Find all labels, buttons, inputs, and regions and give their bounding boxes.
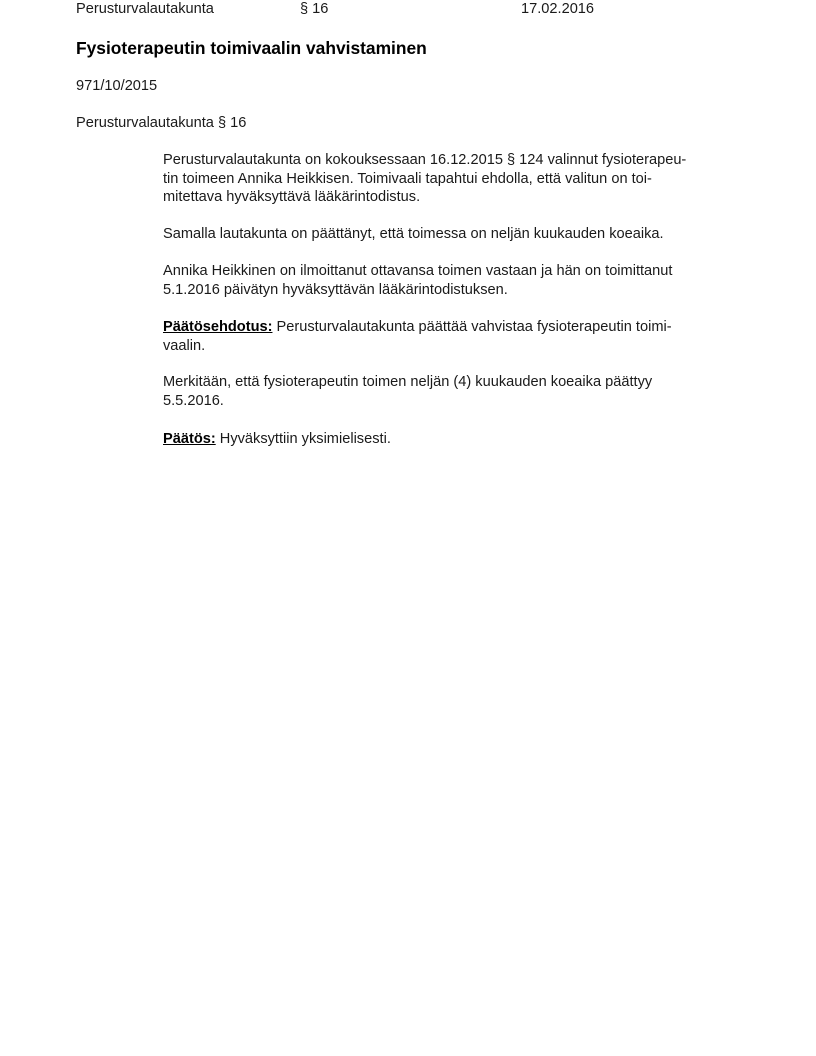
paragraph-1: Perusturvalautakunta on kokouksessaan 16… xyxy=(163,151,748,207)
proposal-text: Perusturvalautakunta päättää vahvistaa f… xyxy=(272,319,671,335)
paragraph-line: Annika Heikkinen on ilmoittanut ottavans… xyxy=(163,262,748,281)
page-title: Fysioterapeutin toimivaalin vahvistamine… xyxy=(76,38,427,58)
committee-section: Perusturvalautakunta § 16 xyxy=(76,114,246,132)
decision-text: Hyväksyttiin yksimielisesti. xyxy=(216,431,391,447)
header-date: 17.02.2016 xyxy=(521,0,594,18)
decision-label: Päätös: xyxy=(163,431,216,447)
decision: Päätös: Hyväksyttiin yksimielisesti. xyxy=(163,430,748,449)
paragraph-line: 5.1.2016 päivätyn hyväksyttävän lääkärin… xyxy=(163,281,748,300)
paragraph-line: 5.5.2016. xyxy=(163,392,748,411)
paragraph-3: Annika Heikkinen on ilmoittanut ottavans… xyxy=(163,262,748,299)
paragraph-5: Merkitään, että fysioterapeutin toimen n… xyxy=(163,373,748,410)
paragraph-line: tin toimeen Annika Heikkisen. Toimivaali… xyxy=(163,170,748,189)
paragraph-line: Perusturvalautakunta on kokouksessaan 16… xyxy=(163,151,748,170)
record-number: 971/10/2015 xyxy=(76,77,157,95)
paragraph-2: Samalla lautakunta on päättänyt, että to… xyxy=(163,225,748,244)
paragraph-line: mitettava hyväksyttävä lääkärintodistus. xyxy=(163,188,748,207)
paragraph-line: vaalin. xyxy=(163,337,748,356)
decision-proposal: Päätösehdotus: Perusturvalautakunta päät… xyxy=(163,318,748,355)
proposal-label: Päätösehdotus: xyxy=(163,319,272,335)
header-section: § 16 xyxy=(300,0,328,18)
header-committee: Perusturvalautakunta xyxy=(76,0,214,18)
paragraph-line: Merkitään, että fysioterapeutin toimen n… xyxy=(163,373,748,392)
paragraph-line: Samalla lautakunta on päättänyt, että to… xyxy=(163,225,748,244)
